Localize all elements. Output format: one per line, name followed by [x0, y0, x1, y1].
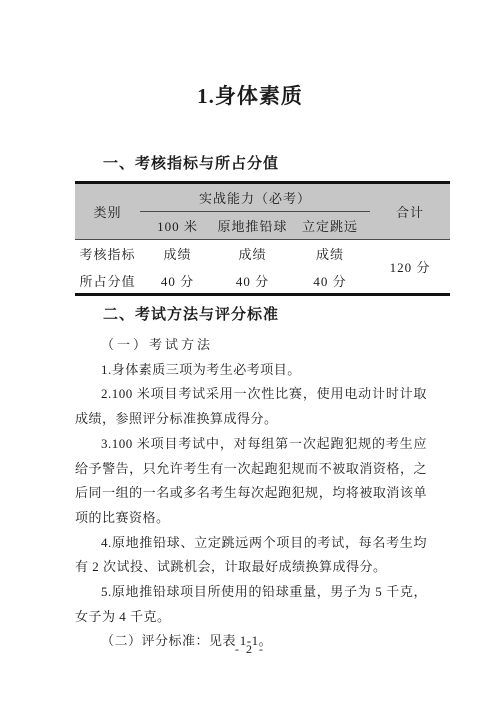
paragraph-2: 2.100 米项目考试采用一次性比赛，使用电动计时计取成绩，参照评分标准换算成得…	[75, 382, 427, 431]
section-heading-assessment-indicators: 一、考核指标与所占分值	[103, 154, 500, 174]
table-header-category: 类别	[75, 183, 140, 240]
table-cell-value: 成绩	[140, 240, 215, 268]
table-header-longjump: 立定跳远	[290, 212, 370, 240]
section-heading-exam-method: 二、考试方法与评分标准	[103, 305, 500, 325]
table-header-total: 合计	[370, 183, 450, 240]
table-cell-value: 40 分	[215, 267, 290, 295]
table-cell-total-value: 120 分	[370, 240, 450, 295]
table-header-shotput: 原地推铅球	[215, 212, 290, 240]
page-number: - 2 -	[0, 642, 500, 657]
table-cell-value: 40 分	[140, 267, 215, 295]
paragraph-3: 3.100 米项目考试中，对每组第一次起跑犯规的考生应给予警告，只允许考生有一次…	[75, 432, 427, 531]
table-cell-value: 成绩	[215, 240, 290, 268]
table-header-100m: 100 米	[140, 212, 215, 240]
table-header-group: 实战能力（必考）	[140, 183, 370, 212]
document-page: 1.身体素质 一、考核指标与所占分值 类别 实战能力（必考） 合计 100 米 …	[0, 0, 500, 707]
table-cell-row-label: 所占分值	[75, 267, 140, 295]
table-cell-row-label: 考核指标	[75, 240, 140, 268]
sub-heading-exam-method: （一）考试方法	[75, 333, 427, 358]
table-header-row-1: 类别 实战能力（必考） 合计	[75, 183, 450, 212]
paragraph-4: 4.原地推铅球、立定跳远两个项目的考试，每名考生均有 2 次试投、试跳机会，计取…	[75, 531, 427, 580]
paragraph-1: 1.身体素质三项为考生必考项目。	[75, 358, 427, 383]
table-row-indicator: 考核指标 成绩 成绩 成绩 120 分	[75, 240, 450, 268]
table-cell-value: 40 分	[290, 267, 370, 295]
score-table: 类别 实战能力（必考） 合计 100 米 原地推铅球 立定跳远 考核指标 成绩 …	[75, 181, 450, 296]
page-title: 1.身体素质	[0, 0, 500, 108]
body-text: （一）考试方法 1.身体素质三项为考生必考项目。 2.100 米项目考试采用一次…	[75, 333, 427, 654]
table-cell-value: 成绩	[290, 240, 370, 268]
paragraph-5: 5.原地推铅球项目所使用的铅球重量，男子为 5 千克，女子为 4 千克。	[75, 580, 427, 629]
